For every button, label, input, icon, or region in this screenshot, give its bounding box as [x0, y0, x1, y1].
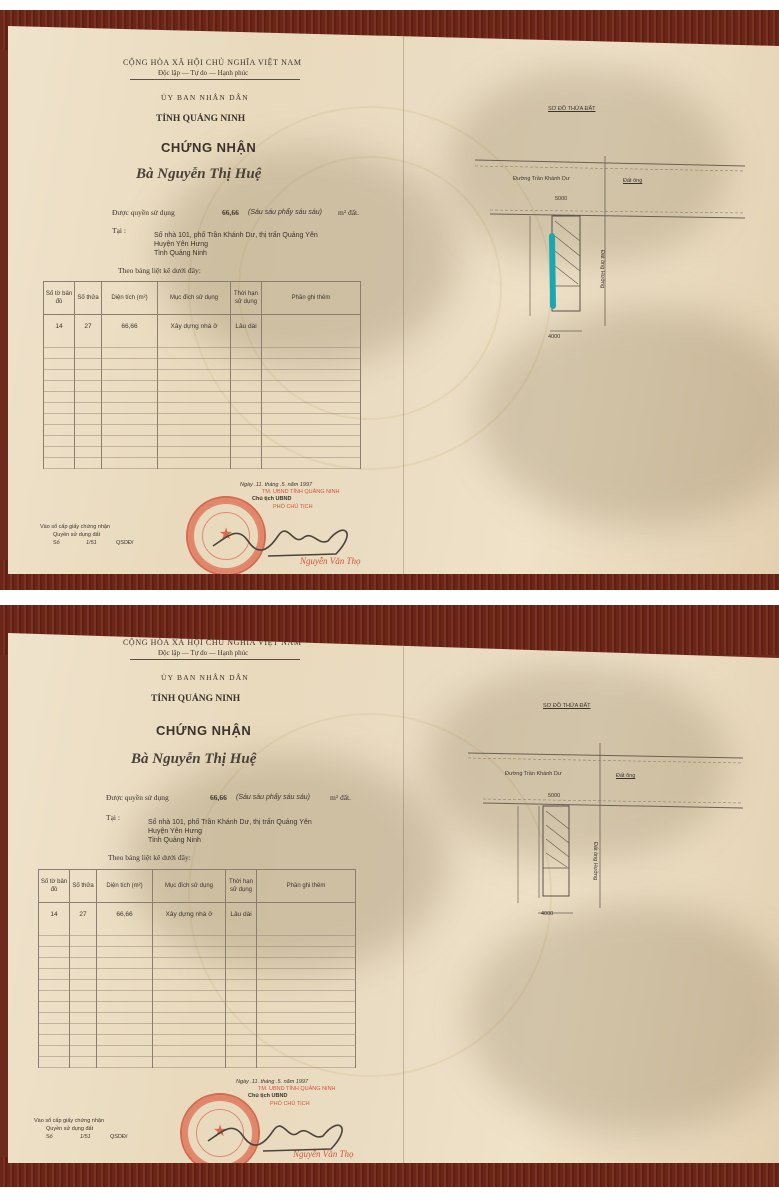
side-label: Đất ông [616, 773, 635, 779]
cell: 27 [70, 903, 97, 926]
area-unit: m² đất. [338, 208, 359, 217]
cell: 14 [44, 315, 75, 338]
col-header: Mục đích sử dụng [153, 870, 226, 903]
side-neighbor: Đất ông Hưởng [599, 250, 605, 288]
plot-diagram [463, 733, 753, 943]
cell [257, 903, 356, 926]
registry-number: 1/51 [80, 1134, 91, 1140]
table-row: 14 27 66,66 Xây dựng nhà ở Lâu dài [44, 315, 361, 338]
address-label: Tại : [106, 813, 120, 822]
col-header: Số tờ bản đồ [39, 870, 70, 903]
province: TỈNH QUẢNG NINH [156, 114, 245, 124]
signature [208, 516, 358, 566]
diagram-title: SƠ ĐỒ THỬA ĐẤT [548, 106, 596, 112]
cell: 66,66 [97, 903, 153, 926]
certificate-title: CHỨNG NHẬN [161, 140, 256, 155]
holder-name: Bà Nguyễn Thị Huệ [131, 751, 256, 768]
certificate-title: CHỨNG NHẬN [156, 723, 251, 738]
province: TỈNH QUẢNG NINH [151, 694, 240, 704]
registry-suffix: QSDĐ/ [110, 1134, 127, 1140]
address-label: Tại : [112, 226, 126, 235]
motto: Độc lập — Tự do — Hạnh phúc [158, 69, 248, 77]
dim-plot-width: 5000 [548, 793, 560, 799]
divider [130, 79, 300, 80]
date-line: Ngày .11. tháng .5. năm 1997 [236, 1079, 308, 1085]
col-header: Thời hạn sử dụng [226, 870, 257, 903]
col-header: Thời hạn sử dụng [231, 282, 262, 315]
cell: 27 [75, 315, 102, 338]
address-line: Tỉnh Quảng Ninh [148, 837, 201, 844]
issuer-label: ỦY BAN NHÂN DÂN [161, 673, 249, 682]
signer-title: Chủ tịch UBND [248, 1093, 287, 1099]
table-intro: Theo bảng liệt kê dưới đây: [118, 266, 201, 275]
diagram-title: SƠ ĐỒ THỬA ĐẤT [543, 703, 591, 709]
signer-role: PHÓ CHỦ TỊCH [270, 1101, 310, 1107]
area-value: 66,66 [210, 793, 227, 802]
table-row: 14 27 66,66 Xây dựng nhà ở Lâu dài [39, 903, 356, 926]
col-header: Số thửa [75, 282, 102, 315]
signature [203, 1111, 353, 1161]
right-label: Được quyền sử dụng [106, 793, 169, 802]
national-header: CỘNG HÒA XÃ HỘI CHỦ NGHĨA VIỆT NAM [123, 58, 302, 67]
dim-plot-width: 5000 [555, 196, 567, 202]
col-header: Số thửa [70, 870, 97, 903]
area-words: (Sáu sáu phẩy sáu sáu) [248, 209, 322, 216]
certificate-paper: CỘNG HÒA XÃ HỘI CHỦ NGHĨA VIỆT NAM Độc l… [8, 633, 779, 1163]
photo-top: CỘNG HÒA XÃ HỘI CHỦ NGHĨA VIỆT NAM Độc l… [0, 10, 779, 590]
area-unit: m² đất. [330, 793, 351, 802]
photo-bottom: CỘNG HÒA XÃ HỘI CHỦ NGHĨA VIỆT NAM Độc l… [0, 605, 779, 1187]
side-neighbor: Đất ông Hưởng [592, 842, 598, 880]
address-line: Tỉnh Quảng Ninh [154, 250, 207, 257]
dim-bottom-width: 4000 [548, 334, 560, 340]
registry-number-label: Số [46, 1134, 53, 1140]
cell [262, 315, 361, 338]
right-label: Được quyền sử dụng [112, 208, 175, 217]
land-table: Số tờ bản đồ Số thửa Diện tích (m²) Mục … [43, 281, 361, 469]
street-label: Đường Trần Khánh Dư [513, 176, 570, 182]
col-header: Mục đích sử dụng [158, 282, 231, 315]
dim-bottom-width: 4000 [541, 911, 553, 917]
area-words: (Sáu sáu phẩy sáu sáu) [236, 794, 310, 801]
registry-suffix: QSDĐ/ [116, 540, 133, 546]
registry-line: Vào sổ cấp giấy chứng nhận [34, 1118, 104, 1124]
signer-title: Chủ tịch UBND [252, 496, 291, 502]
registry-number: 1/51 [86, 540, 97, 546]
signer-org: TM. UBND TỈNH QUẢNG NINH [262, 489, 340, 495]
registry-line: Quyền sử dụng đất [46, 1126, 93, 1132]
col-header: Diện tích (m²) [97, 870, 153, 903]
signer-org: TM. UBND TỈNH QUẢNG NINH [258, 1086, 336, 1092]
date-line: Ngày .11. tháng .5. năm 1997 [240, 482, 312, 488]
signer-role: PHÓ CHỦ TỊCH [273, 504, 313, 510]
side-label: Đất ông [623, 178, 642, 184]
certificate-paper: CỘNG HÒA XÃ HỘI CHỦ NGHĨA VIỆT NAM Độc l… [8, 26, 779, 574]
address-line: Số nhà 101, phố Trần Khánh Dư, thị trấn … [148, 819, 312, 826]
page-fold [403, 26, 404, 574]
cell: Xây dựng nhà ở [158, 315, 231, 338]
table-intro: Theo bảng liệt kê dưới đây: [108, 853, 191, 862]
motto: Độc lập — Tự do — Hạnh phúc [158, 649, 248, 657]
address-line: Huyện Yên Hưng [148, 828, 202, 835]
area-value: 66,66 [222, 208, 239, 217]
highlight-mark [552, 236, 553, 306]
street-label: Đường Trần Khánh Dư [505, 771, 562, 777]
address-line: Số nhà 101, phố Trần Khánh Dư, thị trấn … [154, 232, 318, 239]
land-table: Số tờ bản đồ Số thửa Diện tích (m²) Mục … [38, 869, 356, 1068]
divider [130, 659, 300, 660]
address-line: Huyện Yên Hưng [154, 241, 208, 248]
cell: Xây dựng nhà ở [153, 903, 226, 926]
plot-diagram [470, 136, 750, 346]
holder-name: Bà Nguyễn Thị Huệ [136, 166, 261, 183]
col-header: Số tờ bản đồ [44, 282, 75, 315]
registry-number-label: Số [53, 540, 60, 546]
cell: 66,66 [102, 315, 158, 338]
cell: 14 [39, 903, 70, 926]
cell: Lâu dài [226, 903, 257, 926]
issuer-label: ỦY BAN NHÂN DÂN [161, 93, 249, 102]
col-header: Phần ghi thêm [262, 282, 361, 315]
page-fold [403, 633, 404, 1163]
cell: Lâu dài [231, 315, 262, 338]
col-header: Phần ghi thêm [257, 870, 356, 903]
registry-line: Vào sổ cấp giấy chứng nhận [40, 524, 110, 530]
registry-line: Quyền sử dụng đất [53, 532, 100, 538]
col-header: Diện tích (m²) [102, 282, 158, 315]
